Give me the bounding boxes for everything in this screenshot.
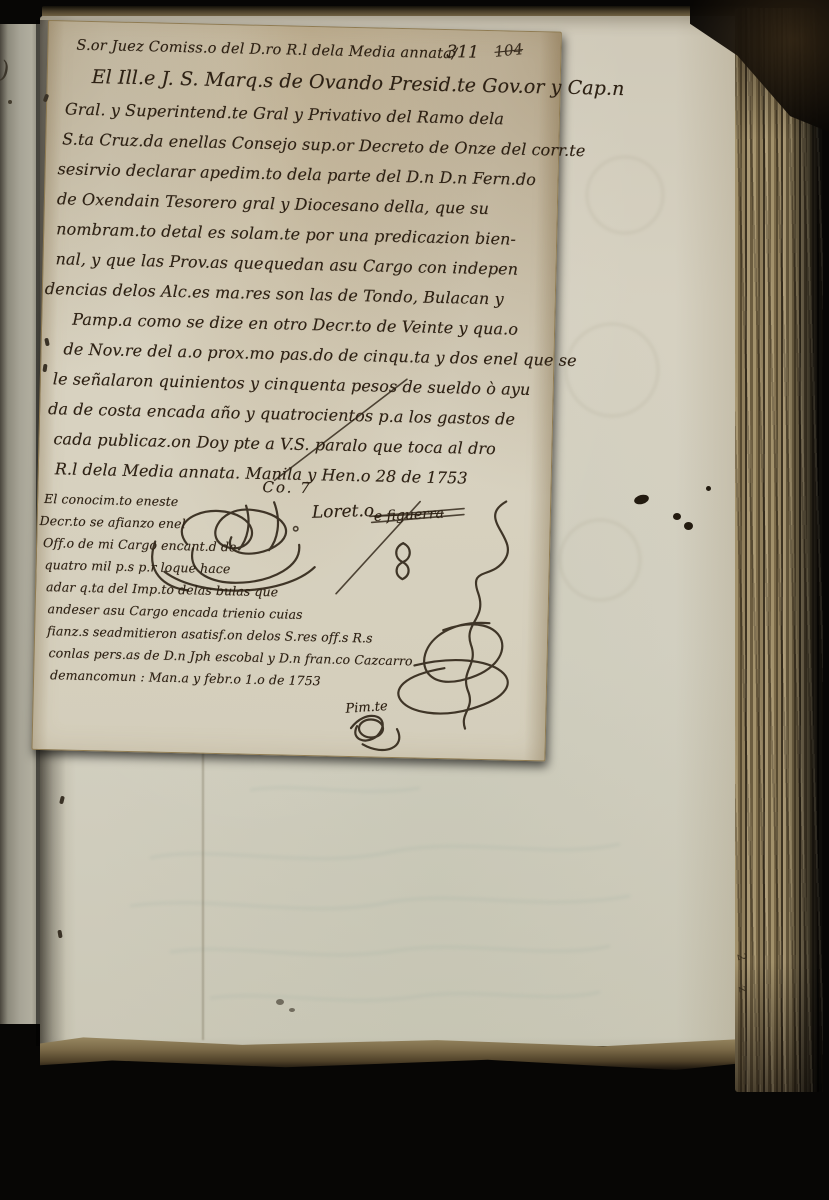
ink-blot	[673, 513, 681, 520]
photo-of-bound-manuscript: ) S.or Juez Comi	[0, 0, 829, 1200]
ink-blot	[706, 486, 711, 491]
fore-edge-texture	[735, 8, 823, 1092]
ink-blot	[684, 522, 693, 530]
signature-flourish	[32, 21, 560, 760]
manuscript-sheet: S.or Juez Comiss.o del D.ro R.l dela Med…	[31, 20, 561, 761]
page-crease	[202, 740, 204, 1040]
